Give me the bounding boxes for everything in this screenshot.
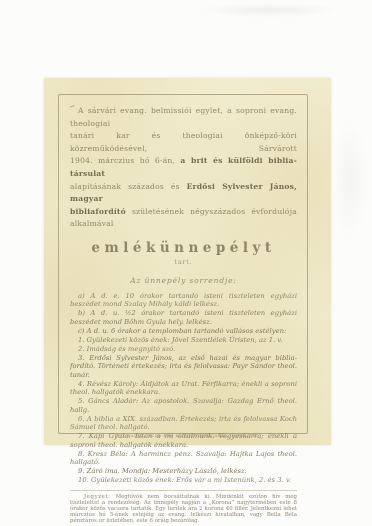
program-list: a) A d. e. 10 órakor tartandó isteni tis… — [70, 292, 297, 485]
program-item: b) A d. u. ½2 órakor tartandó isteni tis… — [70, 309, 297, 326]
program-item: 1. Gyülekezeti közös ének: Jövel Szentlé… — [70, 336, 297, 345]
program-item: 10. Gyülekezeti közös ének: Erős vár a m… — [70, 476, 297, 485]
footnote: Jegyzet: Meghívók nem bocsáttatnak ki. M… — [70, 490, 297, 525]
intro-line: 1904. márczius hó 6-án, a brit és külföl… — [70, 155, 297, 180]
program-item: 6. A biblia a XIX. században. Értekezés;… — [70, 415, 297, 432]
scanner-smudge — [200, 2, 340, 18]
intro-paragraph: A sárvári evang. belmissiói egylet, a so… — [70, 105, 297, 231]
program-item: a) A d. e. 10 órakor tartandó isteni tis… — [70, 292, 297, 309]
intro-text: alapításának százados és — [70, 182, 187, 191]
intro-line: bibliafordító születésének négyszázados … — [70, 206, 297, 231]
intro-text: A sárvári evang. belmissiói egylet, a so… — [70, 106, 297, 128]
printer-imprint: Nyomatott Jacob Ede könyvnyomdájában, Sá… — [44, 434, 331, 439]
program-title: Az ünnepély sorrendje: — [70, 276, 297, 285]
intro-line: alapításának százados és Erdősi Sylveste… — [70, 181, 297, 206]
document-paper: A sárvári evang. belmissiói egylet, a so… — [44, 78, 331, 445]
program-item: 2. Imádság és megnyitó szó. — [70, 345, 297, 354]
title-suffix: tart. — [70, 259, 297, 266]
intro-text: tanári kar és theologiai önképző-köri kö… — [70, 131, 297, 153]
program-item: 3. Erdősi Sylvester János, az első hazai… — [70, 354, 297, 380]
program-item: c) A d. u. 6 órakor a templomban tartand… — [70, 327, 297, 336]
document-content: A sárvári evang. belmissiói egylet, a so… — [59, 95, 307, 433]
scanner-smudge — [330, 120, 370, 240]
intro-emphasis: bibliafordító — [70, 207, 126, 216]
program-item: 9. Záró ima. Mondja: Mesterházy László, … — [70, 467, 297, 476]
program-item: 4. Révész Károly: Áldjátok az Urat. Férf… — [70, 380, 297, 397]
program-item: 8. Kresz Béla: A harmincz pénz. Szavalja… — [70, 450, 297, 467]
border-frame: A sárvári evang. belmissiói egylet, a so… — [58, 94, 308, 434]
intro-line: A sárvári evang. belmissiói egylet, a so… — [70, 105, 297, 130]
intro-line: tanári kar és theologiai önképző-köri kö… — [70, 130, 297, 155]
event-title: emlékünnepélyt — [70, 240, 297, 256]
scan-background: A sárvári evang. belmissiói egylet, a so… — [0, 0, 372, 526]
intro-text: 1904. márczius hó 6-án, — [70, 156, 180, 165]
program-item: 5. Gáncs Aladár: Az apostolok. Szavalja:… — [70, 397, 297, 414]
